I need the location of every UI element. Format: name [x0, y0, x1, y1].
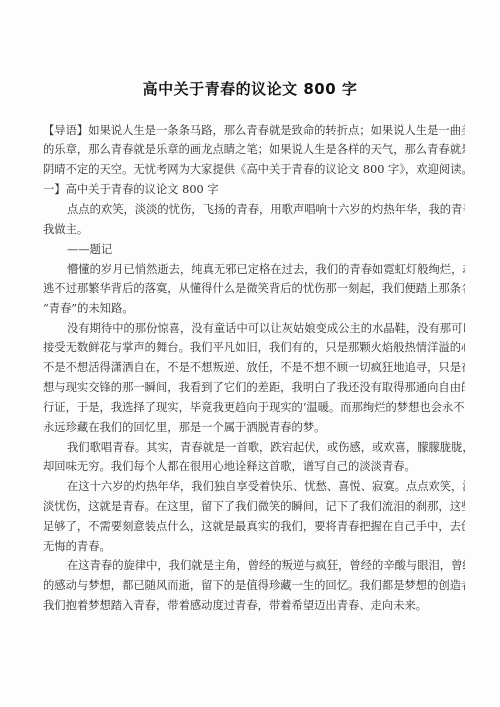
text-line: 足够了，不需要刻意装点什么，这就是最真实的我们，要将青春把握在自己手中，去创造 [43, 520, 465, 534]
text-line: 【导语】如果说人生是一条条马路，那么青春就是致命的转折点；如果说人生是一曲美丽 [43, 124, 465, 138]
text-line: 永远珍藏在我们的回忆里，那是一个属于洒脱青春的梦。 [43, 421, 465, 435]
text-line: 懵懂的岁月已悄然逝去，纯真无邪已定格在过去，我们的青春如霓虹灯般绚烂，却 [67, 263, 465, 277]
text-line: 不是不想活得潇洒自在，不是不想叛逆、放任，不是不想不顾一切疯狂地追寻，只是在梦 [43, 361, 465, 375]
text-line: 我们歌唱青春。其实，青春就是一首歌，跌宕起伏，或伤感，或欢喜，朦朦胧胧， [67, 441, 465, 455]
text-line: 阴晴不定的天空。无忧考网为大家提供《高中关于青春的议论文 800 字》，欢迎阅读… [43, 163, 465, 177]
text-line: 无悔的青春。 [43, 540, 465, 554]
text-line: ——题记 [67, 243, 187, 257]
text-line: 却回味无穷。我们每个人都在很用心地诠释这首歌，谱写自己的淡淡青春。 [43, 460, 465, 474]
text-line: 逃不过那繁华背后的落寞，从懂得什么是微笑背后的忧伤那一刻起，我们便踏上那条名叫 [43, 282, 465, 296]
text-line: 一】高中关于青春的议论文 800 字 [43, 183, 465, 197]
text-line: 在这青春的旋律中，我们就是主角，曾经的叛逆与疯狂，曾经的辛酸与眼泪，曾经 [67, 559, 465, 573]
text-line: 想与现实交锋的那一瞬间，我看到了它们的差距，我明白了我还没有取得那通向自由的通 [43, 381, 465, 395]
document-title: 高中关于青春的议论文 800 字 [0, 78, 500, 99]
text-line: “青春”的未知路。 [43, 302, 465, 316]
text-line: 没有期待中的那份惊喜，没有童话中可以让灰姑娘变成公主的水晶鞋，没有那可以 [67, 322, 465, 336]
text-line: 接受无数鲜花与掌声的舞台。我们平凡如旧，我们有的，只是那颗火焰般热情洋溢的心。 [43, 341, 465, 355]
text-line: 在这十六岁的灼热年华，我们独自享受着快乐、忧愁、喜悦、寂寞。点点欢笑，淡 [67, 480, 465, 494]
text-line: 点点的欢笑，淡淡的忧伤，飞扬的青春，用歌声唱响十六岁的灼热年华，我的青春， [67, 203, 465, 217]
text-line: 的乐章，那么青春就是乐章的画龙点睛之笔；如果说人生是各样的天气，那么青春就是最 [43, 143, 465, 157]
text-line: 我做主。 [43, 223, 465, 237]
text-line: 我们抱着梦想踏入青春，带着感动度过青春，带着希望迈出青春、走向未来。 [43, 599, 465, 613]
text-line: 的感动与梦想，都已随风而逝，留下的是值得珍藏一生的回忆。我们都是梦想的创造者， [43, 579, 465, 593]
text-line: 淡忧伤，这就是青春。在这里，留下了我们微笑的瞬间，记下了我们流泪的刹那，这些就 [43, 500, 465, 514]
text-line: 行证，于是，我选择了现实，毕竟我更趋向于现实的‘温暖。而那绚烂的梦想也会永不凋谢… [43, 401, 465, 415]
